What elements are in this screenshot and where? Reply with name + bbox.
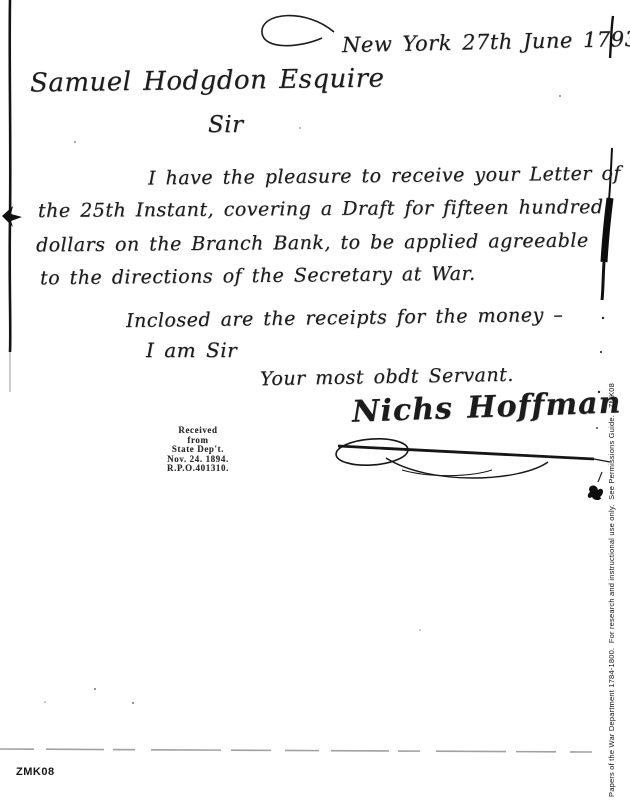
body-line: dollars on the Branch Bank, to be applie… [36,230,589,257]
right-edge-ink-marks [596,16,613,429]
left-edge-artifact [2,0,22,392]
enclosure-line: Inclosed are the receipts for the money … [126,304,564,332]
bottom-edge-line [0,749,592,752]
salutation: Sir [208,112,244,138]
recipient-line: Samuel Hodgdon Esquire [30,64,385,99]
received-stamp: Received from State Dep't. Nov. 24. 1894… [138,426,258,474]
dateline: New York 27th June 1793 [342,27,630,57]
closing-line: I am Sir [146,338,237,362]
margin-note: Papers of the War Department 1784-1800. … [607,383,616,797]
scanned-letter-page: New York 27th June 1793 Samuel Hodgdon E… [0,0,630,800]
valediction-line: Your most obdt Servant. [260,364,514,390]
signature-flourish [335,437,610,478]
dateline-flourish [262,16,334,46]
ink-blot [588,472,603,500]
body-line: the 25th Instant, covering a Draft for f… [38,196,604,222]
stamp-line: R.P.O.401310. [138,464,258,474]
page-code: ZMK08 [16,766,55,778]
body-line: I have the pleasure to receive your Lett… [148,163,621,190]
body-line: to the directions of the Secretary at Wa… [40,263,476,290]
signature: Nichs Hoffman [351,385,621,429]
